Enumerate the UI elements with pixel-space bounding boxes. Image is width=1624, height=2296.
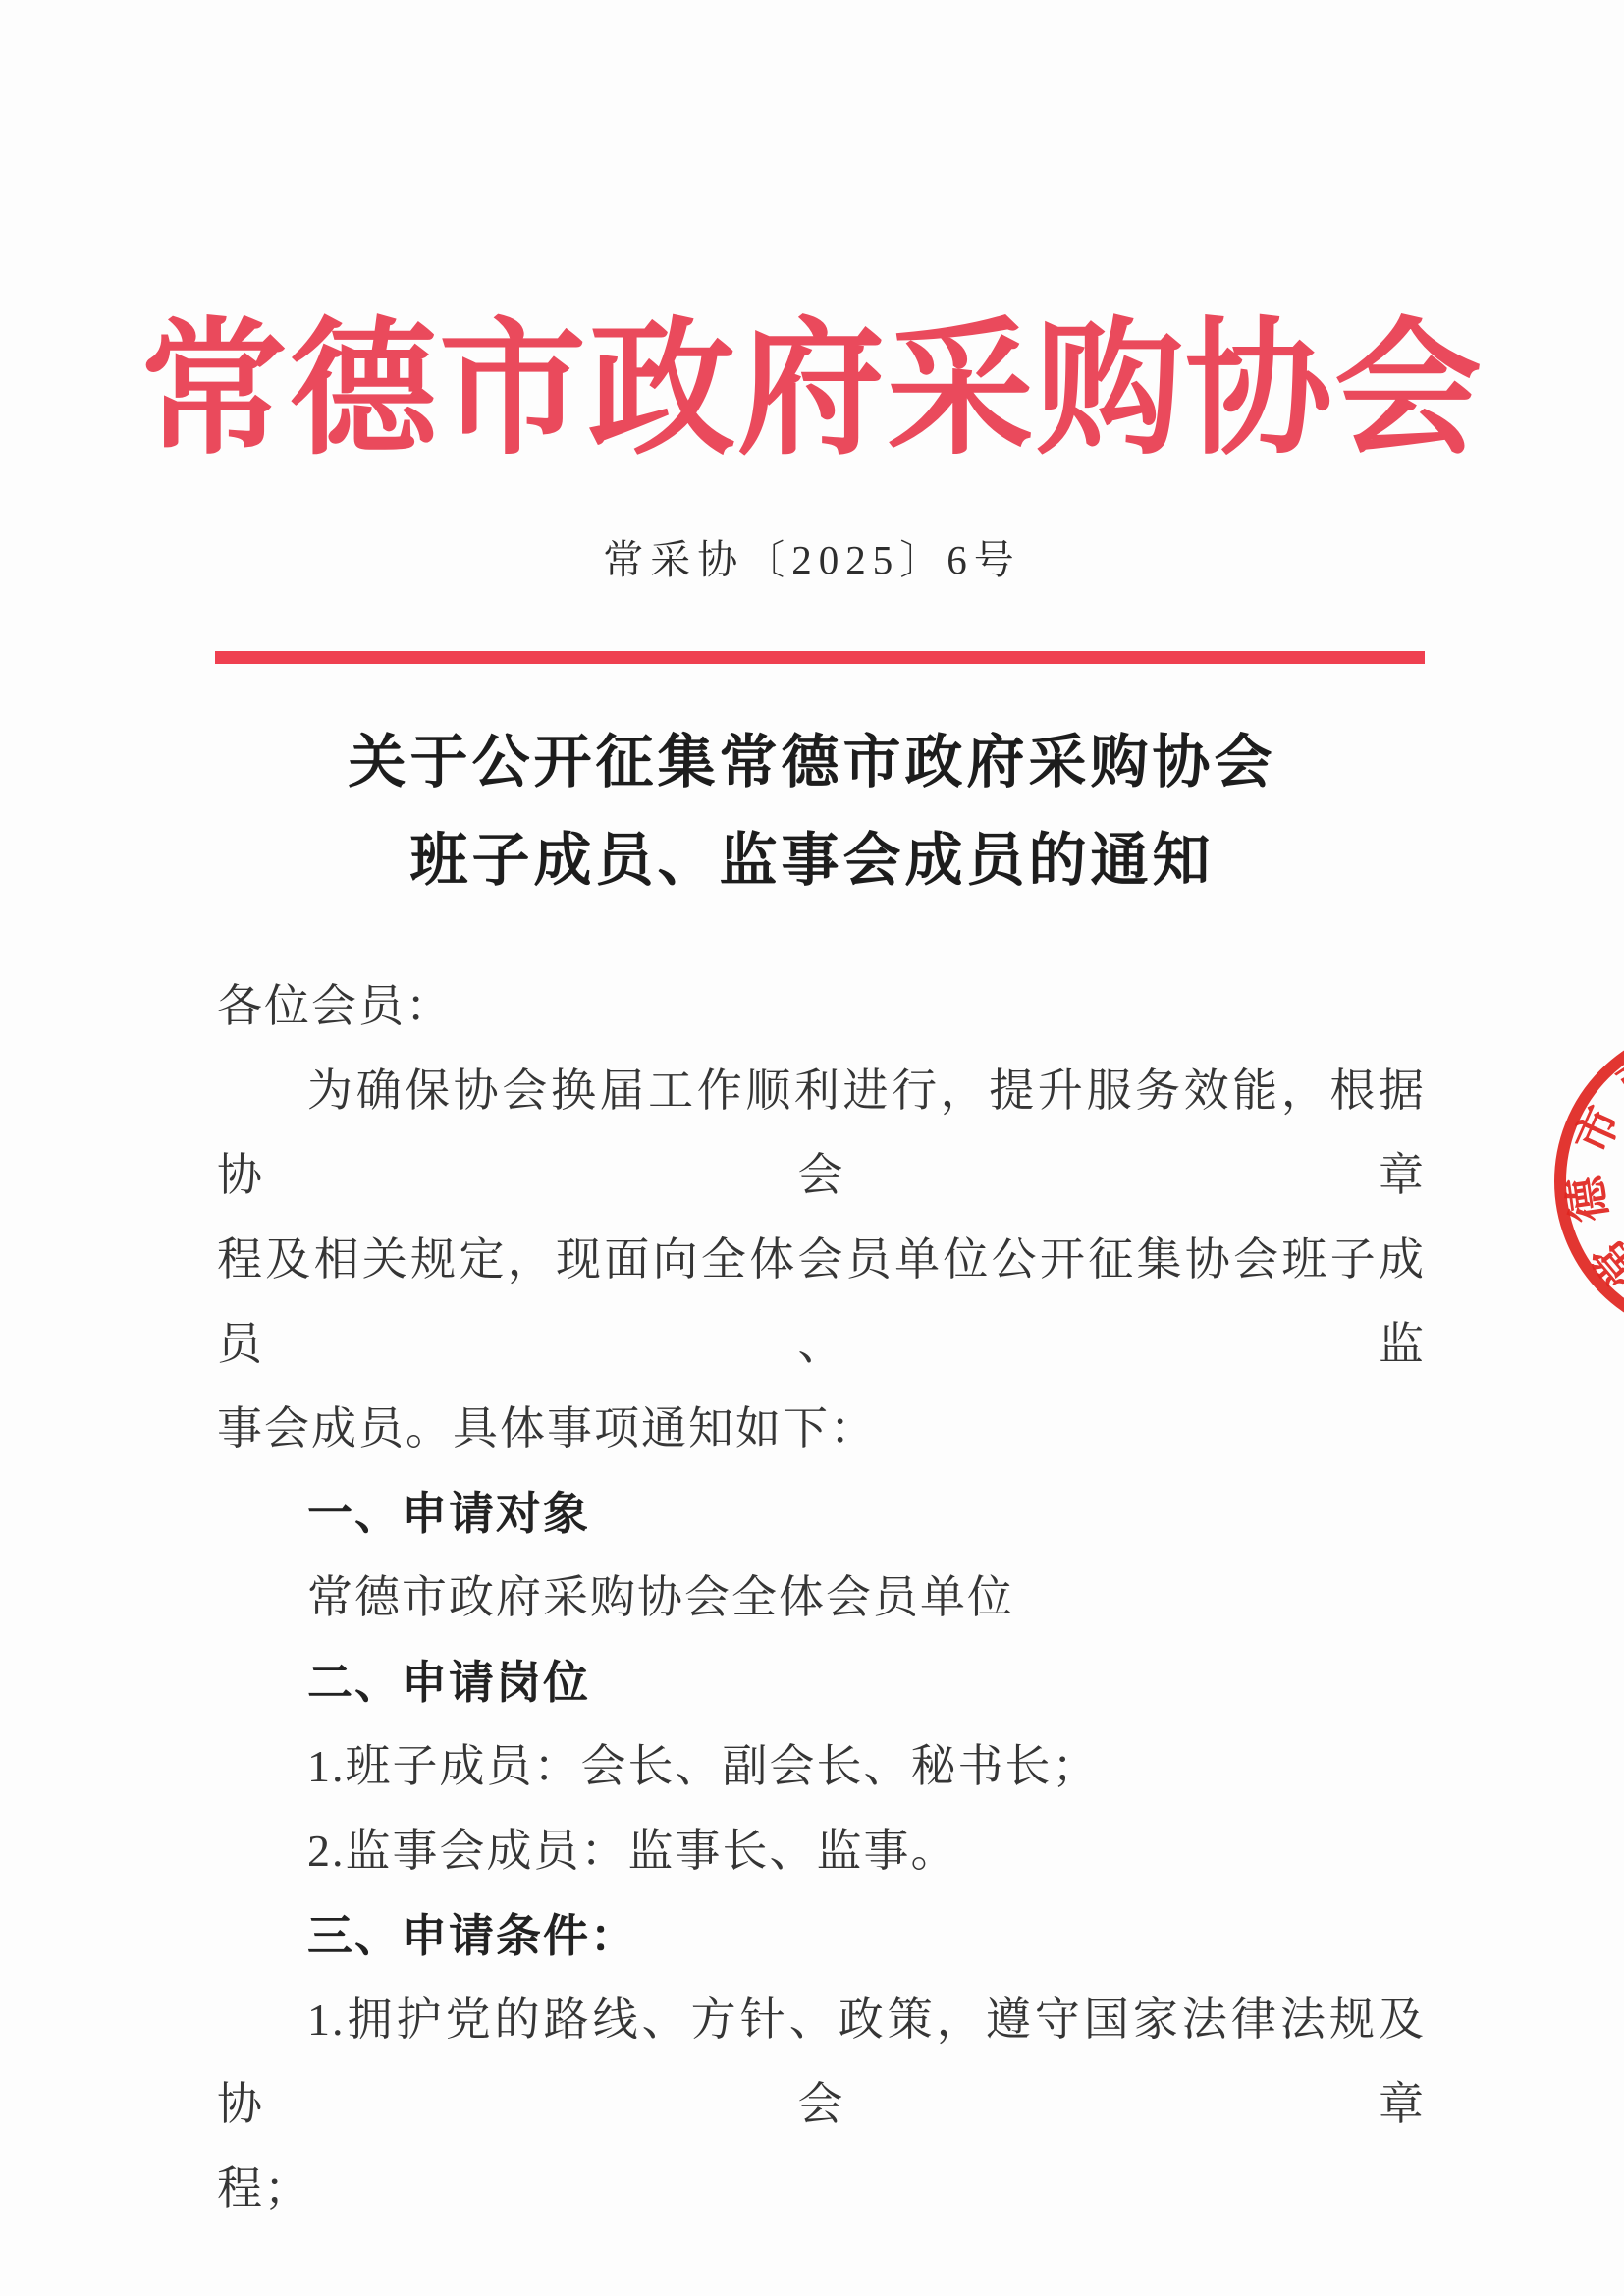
stamp-character-3: 市 xyxy=(1566,1098,1624,1163)
scanned-document-page: 常德市政府采购协会 常采协〔2025〕6号 关于公开征集常德市政府采购协会 班子… xyxy=(0,0,1624,2296)
document-title-line1: 关于公开征集常德市政府采购协会 xyxy=(0,713,1624,811)
red-divider-line xyxy=(215,651,1425,664)
document-reference-number: 常采协〔2025〕6号 xyxy=(0,535,1624,584)
document-title: 关于公开征集常德市政府采购协会 班子成员、监事会成员的通知 xyxy=(0,713,1624,909)
stamp-character-4: 政 xyxy=(1608,1044,1624,1112)
document-title-line2: 班子成员、监事会成员的通知 xyxy=(0,811,1624,909)
section-3-item-1-line1: 1.拥护党的路线、方针、政策，遵守国家法律法规及协会章 xyxy=(217,1978,1426,2147)
stamp-character-2: 德 xyxy=(1561,1172,1616,1227)
document-body: 各位会员： 为确保协会换届工作顺利进行，提升服务效能，根据协会章 程及相关规定，… xyxy=(217,964,1426,2231)
section-heading-2: 二、申请岗位 xyxy=(217,1640,1426,1724)
section-2-item-2: 2.监事会成员：监事长、监事。 xyxy=(217,1809,1426,1893)
section-heading-1: 一、申请对象 xyxy=(217,1471,1426,1556)
section-1-item-1: 常德市政府采购协会全体会员单位 xyxy=(217,1556,1426,1640)
section-3-item-1-line2: 程； xyxy=(217,2147,1426,2231)
intro-line-3: 事会成员。具体事项通知如下： xyxy=(217,1387,1426,1471)
organization-masthead: 常德市政府采购协会 xyxy=(0,302,1624,479)
section-heading-3: 三、申请条件： xyxy=(217,1893,1426,1978)
stamp-character-1: 常 xyxy=(1583,1228,1624,1296)
section-2-item-1: 1.班子成员：会长、副会长、秘书长； xyxy=(217,1724,1426,1809)
stamp-ring-icon xyxy=(1554,1023,1624,1339)
salutation: 各位会员： xyxy=(217,964,1426,1049)
intro-line-2: 程及相关规定，现面向全体会员单位公开征集协会班子成员、监 xyxy=(217,1218,1426,1387)
intro-line-1: 为确保协会换届工作顺利进行，提升服务效能，根据协会章 xyxy=(217,1049,1426,1218)
